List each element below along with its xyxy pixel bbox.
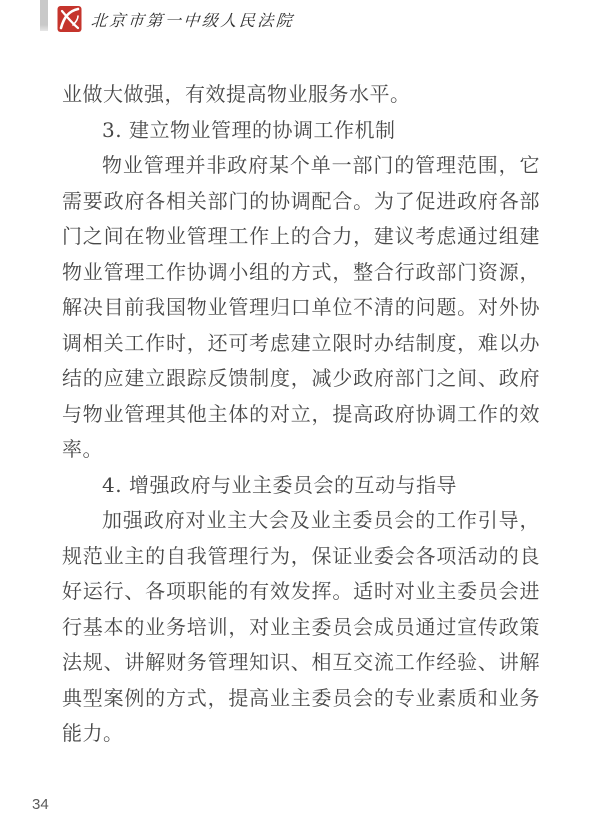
document-body: 业做大做强，有效提高物业服务水平。 3. 建立物业管理的协调工作机制 物业管理并… (62, 77, 540, 752)
corner-bar (40, 0, 48, 31)
organization-name: 北京市第一中级人民法院 (90, 8, 295, 31)
section-heading-3: 3. 建立物业管理的协调工作机制 (62, 113, 540, 149)
page-number: 34 (32, 796, 49, 813)
document-page: { "header": { "org_name": "北京市第一中级人民法院",… (0, 0, 600, 824)
paragraph-continuation: 业做大做强，有效提高物业服务水平。 (62, 77, 540, 113)
court-seal-icon (57, 5, 82, 33)
section-heading-4: 4. 增强政府与业主委员会的互动与指导 (62, 468, 540, 504)
page-header: 北京市第一中级人民法院 (0, 0, 600, 40)
paragraph-section-4: 加强政府对业主大会及业主委员会的工作引导，规范业主的自我管理行为，保证业委会各项… (62, 503, 540, 752)
paragraph-section-3: 物业管理并非政府某个单一部门的管理范围，它需要政府各相关部门的协调配合。为了促进… (62, 148, 540, 468)
